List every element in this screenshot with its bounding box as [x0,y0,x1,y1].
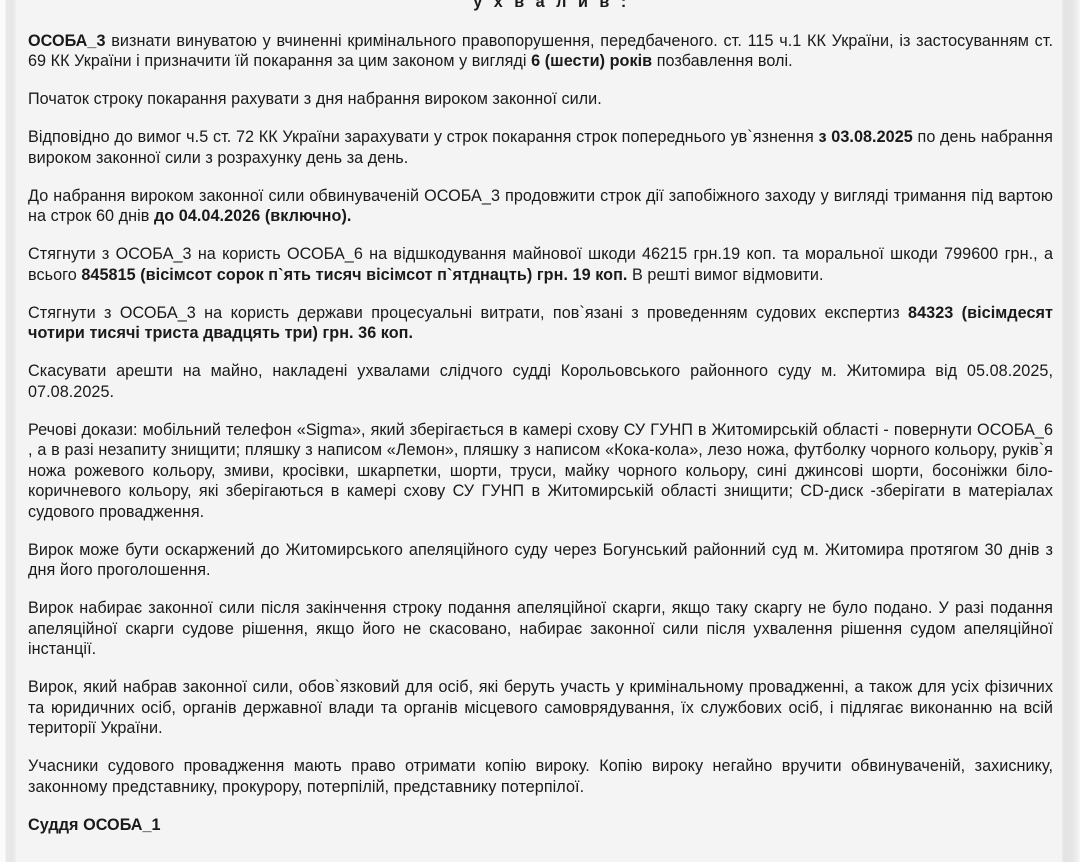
scrollbar-track[interactable] [1062,0,1080,862]
verdict-paragraph: Стягнути з ОСОБА_3 на користь держави пр… [28,303,1053,344]
verdict-paragraph: До набрання вироком законної сили обвину… [28,186,1053,227]
verdict-paragraph: Стягнути з ОСОБА_3 на користь ОСОБА_6 на… [28,244,1053,285]
text-segment: Відповідно до вимог ч.5 ст. 72 КК Україн… [28,128,819,146]
paragraph-list: ОСОБА_3 визнати винуватою у вчиненні кри… [28,31,1053,798]
resolution-heading: у х в а л и в : [28,0,1053,13]
verdict-text: у х в а л и в : ОСОБА_3 визнати винувато… [28,0,1053,835]
text-segment: Речові докази: мобільний телефон «Sigma»… [28,421,1053,521]
verdict-paragraph: Учасники судового провадження мають прав… [28,756,1053,797]
document-page: у х в а л и в : ОСОБА_3 визнати винувато… [0,0,1080,862]
verdict-paragraph: Початок строку покарання рахувати з дня … [28,89,1053,110]
verdict-paragraph: Скасувати арешти на майно, накладені ухв… [28,361,1053,402]
text-segment: позбавлення волі. [652,52,793,70]
text-segment: Вирок, який набрав законної сили, обов`я… [28,678,1053,737]
text-segment: Початок строку покарання рахувати з дня … [28,90,602,108]
verdict-paragraph: Відповідно до вимог ч.5 ст. 72 КК Україн… [28,127,1053,168]
text-segment: Вирок набирає законної сили після закінч… [28,599,1053,658]
bold-text: 6 (шести) років [531,52,652,70]
bold-text: до 04.04.2026 (включно). [154,207,351,225]
verdict-paragraph: ОСОБА_3 визнати винуватою у вчиненні кри… [28,31,1053,72]
text-segment: Скасувати арешти на майно, накладені ухв… [28,362,1053,401]
judge-signature: Суддя ОСОБА_1 [28,815,1053,836]
verdict-paragraph: Вирок, який набрав законної сили, обов`я… [28,677,1053,739]
bold-text: 845815 (вісімсот сорок п`ять тисяч вісім… [81,266,627,284]
verdict-paragraph: Вирок набирає законної сили після закінч… [28,598,1053,660]
bold-text: ОСОБА_3 [28,32,106,50]
text-segment: Стягнути з ОСОБА_3 на користь держави пр… [28,304,908,322]
text-segment: В решті вимог відмовити. [627,266,823,284]
text-segment: Вирок може бути оскаржений до Житомирськ… [28,541,1053,580]
verdict-paragraph: Вирок може бути оскаржений до Житомирськ… [28,540,1053,581]
verdict-paragraph: Речові докази: мобільний телефон «Sigma»… [28,420,1053,523]
left-page-border [0,0,16,862]
bold-text: з 03.08.2025 [819,128,913,146]
text-segment: Учасники судового провадження мають прав… [28,757,1053,796]
